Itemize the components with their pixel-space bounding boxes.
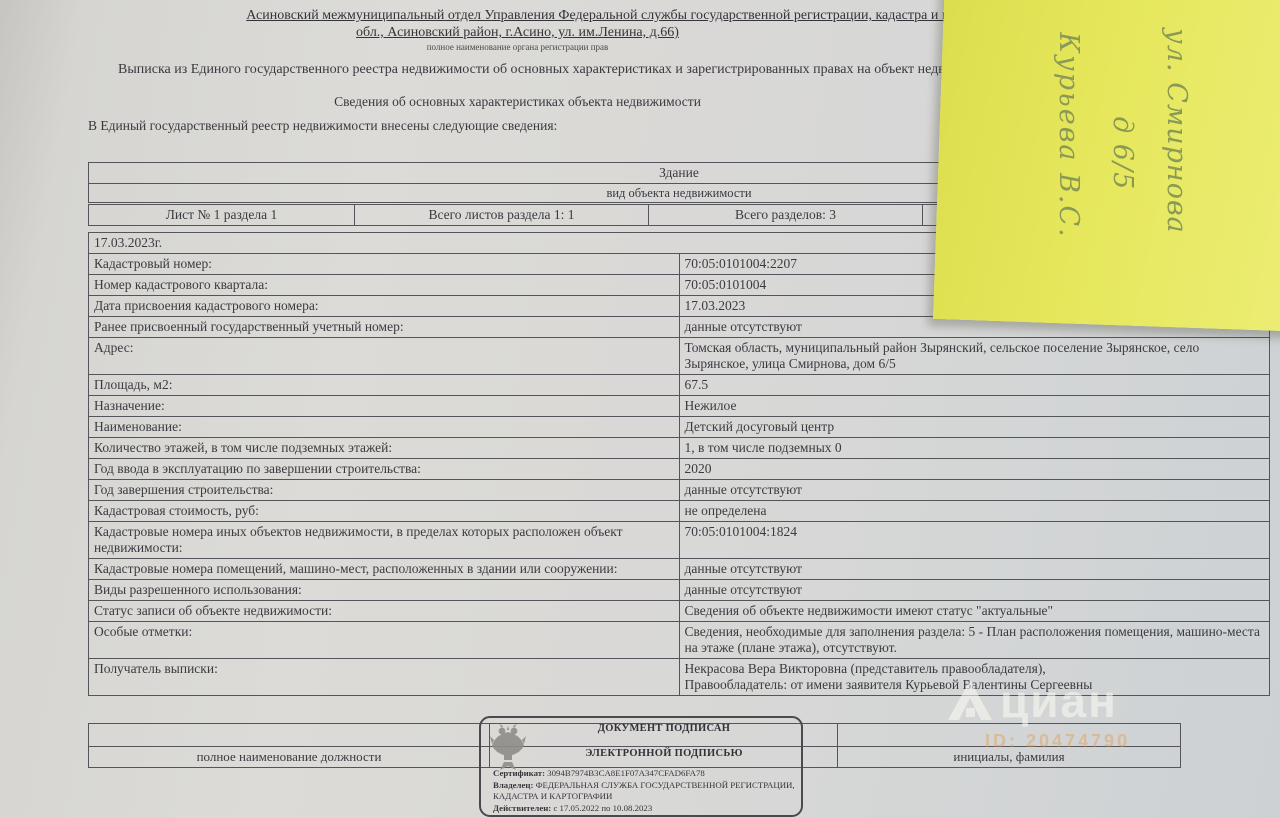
org-name-caption: полное наименование органа регистрации п…	[85, 42, 950, 52]
cian-watermark-id: ID: 20474790	[985, 731, 1130, 752]
attr-label: Назначение:	[89, 396, 680, 417]
digital-signature-stamp: ДОКУМЕНТ ПОДПИСАН ЭЛЕКТРОННОЙ ПОДПИСЬЮ С…	[479, 716, 803, 817]
handwritten-note: ул. Смирнова д 6/5 Курьева В.С.	[1035, 28, 1203, 278]
certificate-label: Сертификат:	[493, 768, 545, 778]
attr-value: Детский досуговый центр	[679, 417, 1270, 438]
table-row: Кадастровая стоимость, руб:не определена	[89, 501, 1270, 522]
cian-watermark: циан	[948, 678, 1118, 724]
stamp-owner: Владелец: ФЕДЕРАЛЬНАЯ СЛУЖБА ГОСУДАРСТВЕ…	[493, 780, 796, 803]
attr-value: Нежилое	[679, 396, 1270, 417]
note-street-line: ул. Смирнова	[1149, 28, 1203, 278]
attr-value: данные отсутствуют	[679, 480, 1270, 501]
attr-label: Кадастровые номера помещений, машино-мес…	[89, 559, 680, 580]
attr-label: Кадастровые номера иных объектов недвижи…	[89, 522, 680, 559]
cian-house-icon	[948, 678, 992, 724]
sticky-note: ул. Смирнова д 6/5 Курьева В.С.	[933, 0, 1280, 331]
attr-value: не определена	[679, 501, 1270, 522]
attr-label: Кадастровая стоимость, руб:	[89, 501, 680, 522]
attr-label: Год завершения строительства:	[89, 480, 680, 501]
table-row: Кадастровые номера иных объектов недвижи…	[89, 522, 1270, 559]
attr-label: Кадастровый номер:	[89, 254, 680, 275]
owner-value: ФЕДЕРАЛЬНАЯ СЛУЖБА ГОСУДАРСТВЕННОЙ РЕГИС…	[493, 780, 795, 802]
attr-label: Особые отметки:	[89, 622, 680, 659]
table-row: Кадастровые номера помещений, машино-мес…	[89, 559, 1270, 580]
attr-value: 1, в том числе подземных 0	[679, 438, 1270, 459]
table-row: Год завершения строительства:данные отсу…	[89, 480, 1270, 501]
owner-label: Владелец:	[493, 780, 533, 790]
attr-label: Виды разрешенного использования:	[89, 580, 680, 601]
stamp-title-line2: ЭЛЕКТРОННОЙ ПОДПИСЬЮ	[533, 748, 795, 759]
attr-value: 70:05:0101004:1824	[679, 522, 1270, 559]
sheet-total: Всего листов раздела 1: 1	[355, 205, 649, 226]
table-row: Особые отметки:Сведения, необходимые для…	[89, 622, 1270, 659]
attr-label: Дата присвоения кадастрового номера:	[89, 296, 680, 317]
registry-org-name-line2: обл., Асиновский район, г.Асино, ул. им.…	[85, 25, 950, 41]
intro-line: В Единый государственный реестр недвижим…	[88, 118, 557, 134]
stamp-certificate: Сертификат: 3094B7974B3CA8E1F07A347CFAD6…	[493, 768, 796, 780]
document-photo: Асиновский межмуниципальный отдел Управл…	[0, 0, 1280, 818]
cian-watermark-text: циан	[1000, 678, 1118, 724]
attr-value: данные отсутствуют	[679, 559, 1270, 580]
validity-label: Действителен:	[493, 803, 551, 813]
attr-value: Томская область, муниципальный район Зыр…	[679, 338, 1270, 375]
extract-subtitle: Сведения об основных характеристиках объ…	[85, 94, 950, 110]
table-row: Статус записи об объекте недвижимости:Св…	[89, 601, 1270, 622]
sections-total: Всего разделов: 3	[649, 205, 923, 226]
stamp-validity: Действителен: с 17.05.2022 по 10.08.2023	[493, 803, 796, 815]
position-caption: полное наименование должности	[89, 747, 490, 768]
attr-value: Сведения об объекте недвижимости имеют с…	[679, 601, 1270, 622]
stamp-details: Сертификат: 3094B7974B3CA8E1F07A347CFAD6…	[493, 768, 796, 814]
attr-value: 67.5	[679, 375, 1270, 396]
attr-label: Адрес:	[89, 338, 680, 375]
certificate-value: 3094B7974B3CA8E1F07A347CFAD6FA78	[547, 768, 705, 778]
attr-value: 2020	[679, 459, 1270, 480]
coat-of-arms-icon	[490, 722, 526, 774]
attr-label: Наименование:	[89, 417, 680, 438]
attr-label: Год ввода в эксплуатацию по завершении с…	[89, 459, 680, 480]
table-row: Виды разрешенного использования:данные о…	[89, 580, 1270, 601]
attr-label: Получатель выписки:	[89, 659, 680, 696]
table-row: Год ввода в эксплуатацию по завершении с…	[89, 459, 1270, 480]
extract-title: Выписка из Единого государственного реес…	[118, 62, 1006, 78]
attr-label: Номер кадастрового квартала:	[89, 275, 680, 296]
table-row: Наименование:Детский досуговый центр	[89, 417, 1270, 438]
attr-value: Сведения, необходимые для заполнения раз…	[679, 622, 1270, 659]
stamp-title-line1: ДОКУМЕНТ ПОДПИСАН	[533, 723, 795, 734]
note-name-line: Курьева В.С.	[1041, 28, 1095, 278]
table-row: Площадь, м2:67.5	[89, 375, 1270, 396]
attr-label: Ранее присвоенный государственный учетны…	[89, 317, 680, 338]
attr-label: Статус записи об объекте недвижимости:	[89, 601, 680, 622]
attr-label: Количество этажей, в том числе подземных…	[89, 438, 680, 459]
note-house-line: д 6/5	[1095, 28, 1149, 278]
table-row: Назначение:Нежилое	[89, 396, 1270, 417]
table-row: Количество этажей, в том числе подземных…	[89, 438, 1270, 459]
table-row: Адрес:Томская область, муниципальный рай…	[89, 338, 1270, 375]
attr-value: данные отсутствуют	[679, 580, 1270, 601]
attr-label: Площадь, м2:	[89, 375, 680, 396]
validity-value: с 17.05.2022 по 10.08.2023	[553, 803, 652, 813]
position-field	[89, 724, 490, 747]
sheet-number: Лист № 1 раздела 1	[89, 205, 355, 226]
